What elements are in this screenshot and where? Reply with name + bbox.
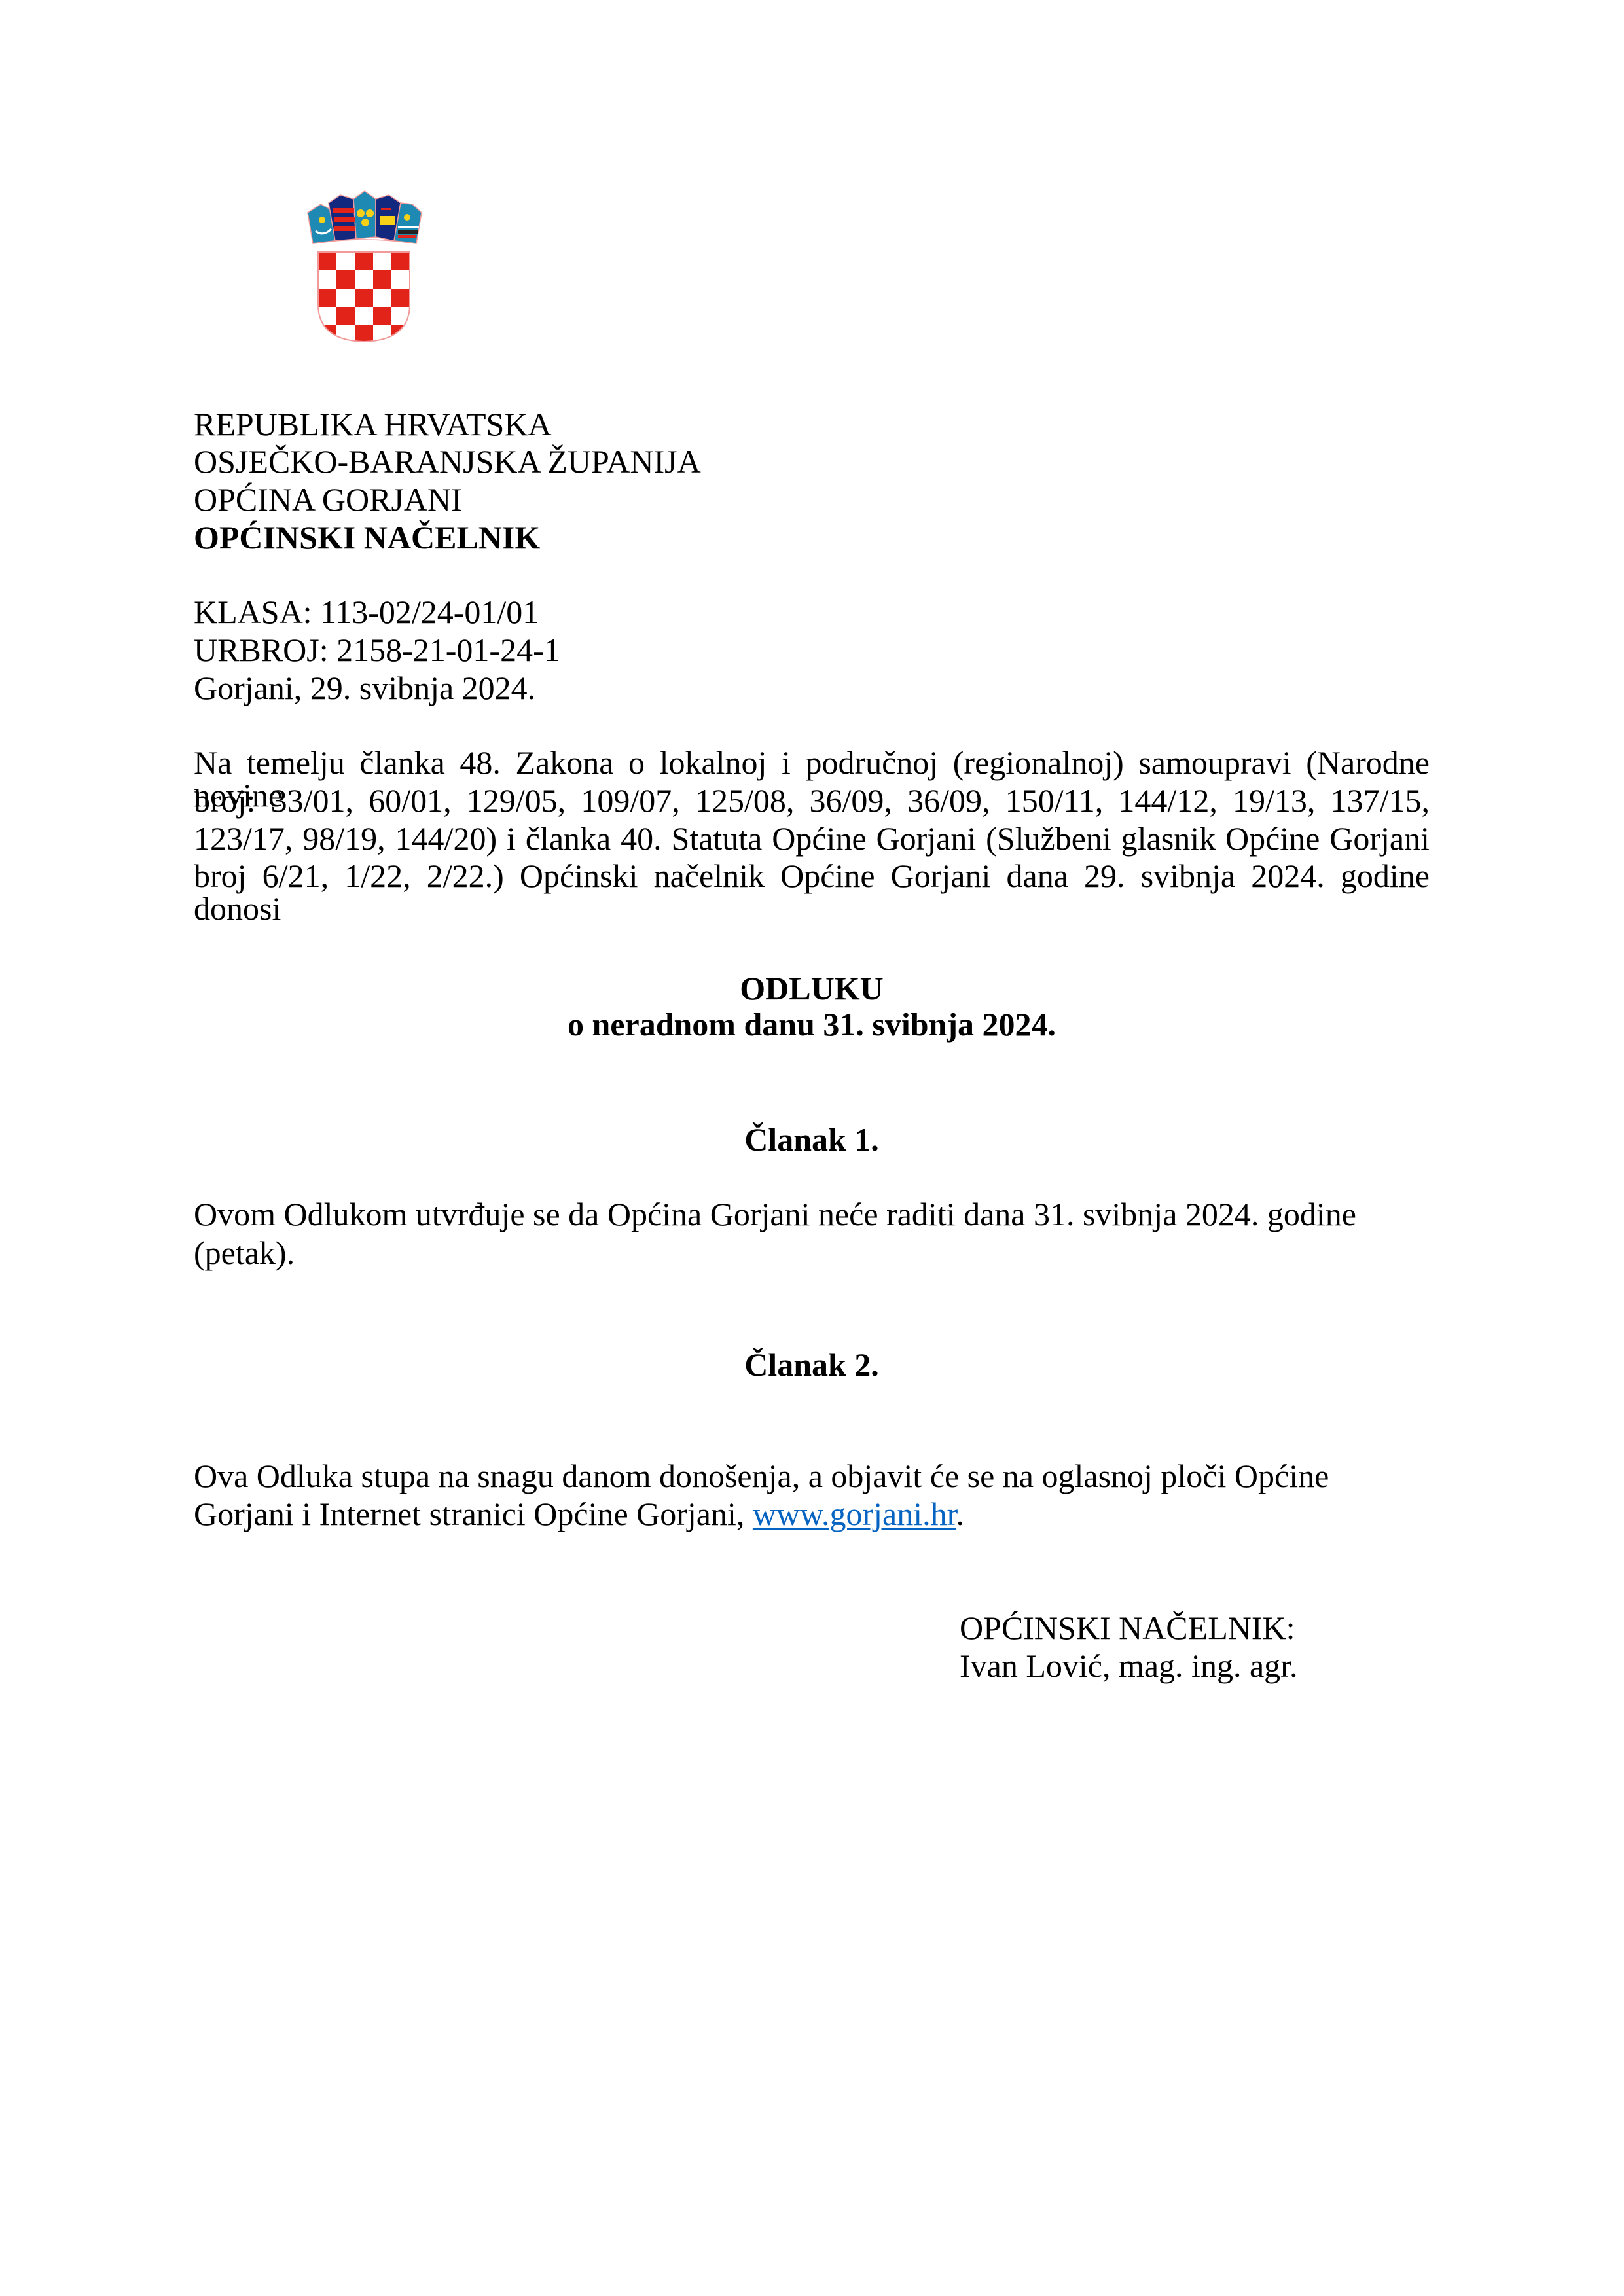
article-1-line: Ovom Odlukom utvrđuje se da Općina Gorja… (194, 1198, 1356, 1230)
article-2-text: Gorjani i Internet stranici Općine Gorja… (194, 1496, 753, 1532)
urbroj-number: URBROJ: 2158-21-01-24-1 (194, 634, 560, 666)
document-subtitle: o neradnom danu 31. svibnja 2024. (194, 1008, 1430, 1041)
preamble-line: broj: 33/01, 60/01, 129/05, 109/07, 125/… (194, 784, 1430, 817)
article-2-punctuation: . (956, 1496, 965, 1532)
preamble-line: 123/17, 98/19, 144/20) i članka 40. Stat… (194, 822, 1430, 855)
document-title: ODLUKU (194, 972, 1430, 1005)
header-office: OPĆINSKI NAČELNIK (194, 521, 540, 554)
preamble-line: broj 6/21, 1/22, 2/22.) Općinski načelni… (194, 859, 1430, 925)
article-1-line: (petak). (194, 1236, 295, 1269)
klasa-number: KLASA: 113-02/24-01/01 (194, 596, 539, 628)
signature-title: OPĆINSKI NAČELNIK: (960, 1611, 1221, 1644)
header-county: OSJEČKO-BARANJSKA ŽUPANIJA (194, 445, 701, 478)
croatian-coat-of-arms-icon (302, 190, 427, 344)
signature-name: Ivan Lović, mag. ing. agr. (960, 1649, 1221, 1682)
website-link[interactable]: www.gorjani.hr (753, 1496, 956, 1532)
article-2-line: Gorjani i Internet stranici Općine Gorja… (194, 1498, 964, 1530)
article-2-line: Ova Odluka stupa na snagu danom donošenj… (194, 1460, 1329, 1492)
place-date: Gorjani, 29. svibnja 2024. (194, 672, 535, 704)
article-1-heading: Članak 1. (194, 1123, 1430, 1156)
document-page: REPUBLIKA HRVATSKA OSJEČKO-BARANJSKA ŽUP… (0, 0, 1624, 2296)
article-2-heading: Članak 2. (194, 1348, 1430, 1381)
header-municipality: OPĆINA GORJANI (194, 483, 462, 516)
header-country: REPUBLIKA HRVATSKA (194, 408, 552, 440)
